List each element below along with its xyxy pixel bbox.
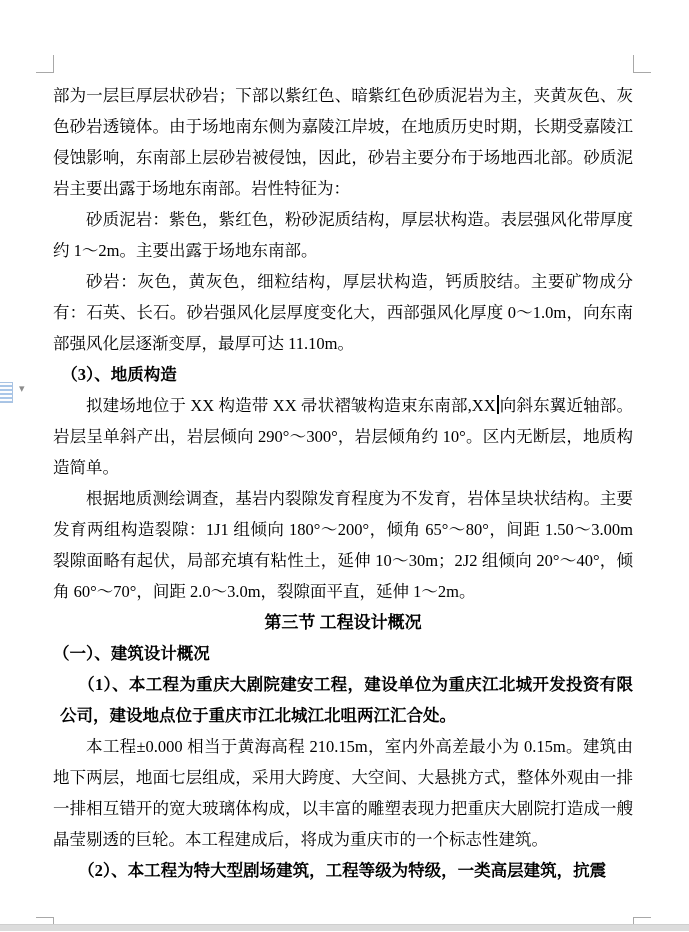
text-cursor — [497, 395, 499, 414]
paragraph-building-description: 本工程±0.000 相当于黄海高程 210.15m，室内外高差最小为 0.15m… — [53, 731, 633, 855]
paragraph-text-segment: 拟建场地位于 XX 构造带 XX 帚状褶皱构造束东南部,XX — [86, 396, 496, 415]
margin-widget[interactable]: ▾ — [0, 382, 34, 406]
text-boundary-mark-top-right — [633, 55, 651, 73]
chevron-down-icon[interactable]: ▾ — [19, 383, 25, 394]
paragraph-sandstone: 砂岩：灰色，黄灰色，细粒结构，厚层状构造，钙质胶结。主要矿物成分有：石英、长石。… — [53, 266, 633, 359]
heading-geological-structure: （3）、地质构造 — [53, 359, 633, 390]
document-text: 部为一层巨厚层状砂岩；下部以紫红色、暗紫红色砂质泥岩为主，夹黄灰色、灰色砂岩透镜… — [53, 80, 633, 886]
paragraph-project-item-2: （2）、本工程为特大型剧场建筑，工程等级为特级，一类高层建筑，抗震 — [53, 855, 633, 886]
paragraph-sandy-mudstone: 砂质泥岩：紫色，紫红色，粉砂泥质结构，厚层状构造。表层强风化带厚度约 1～2m。… — [53, 204, 633, 266]
text-boundary-mark-top-left — [36, 55, 54, 73]
heading-architectural-design-overview: （一）、建筑设计概况 — [53, 638, 633, 669]
paragraph-lithology-overview: 部为一层巨厚层状砂岩；下部以紫红色、暗紫红色砂质泥岩为主，夹黄灰色、灰色砂岩透镜… — [53, 80, 633, 204]
paragraph-project-item-1: （1）、本工程为重庆大剧院建安工程，建设单位为重庆江北城开发投资有限公司，建设地… — [53, 669, 633, 731]
page-with-text-icon[interactable] — [0, 382, 13, 403]
section-heading-engineering-design: 第三节 工程设计概况 — [53, 607, 633, 638]
paragraph-fissures: 根据地质测绘调查，基岩内裂隙发育程度为不发育，岩体呈块状结构。主要发育两组构造裂… — [53, 483, 633, 607]
paragraph-site-structure: 拟建场地位于 XX 构造带 XX 帚状褶皱构造束东南部,XX向斜东翼近轴部。岩层… — [53, 390, 633, 483]
window-bottom-edge — [0, 924, 689, 931]
